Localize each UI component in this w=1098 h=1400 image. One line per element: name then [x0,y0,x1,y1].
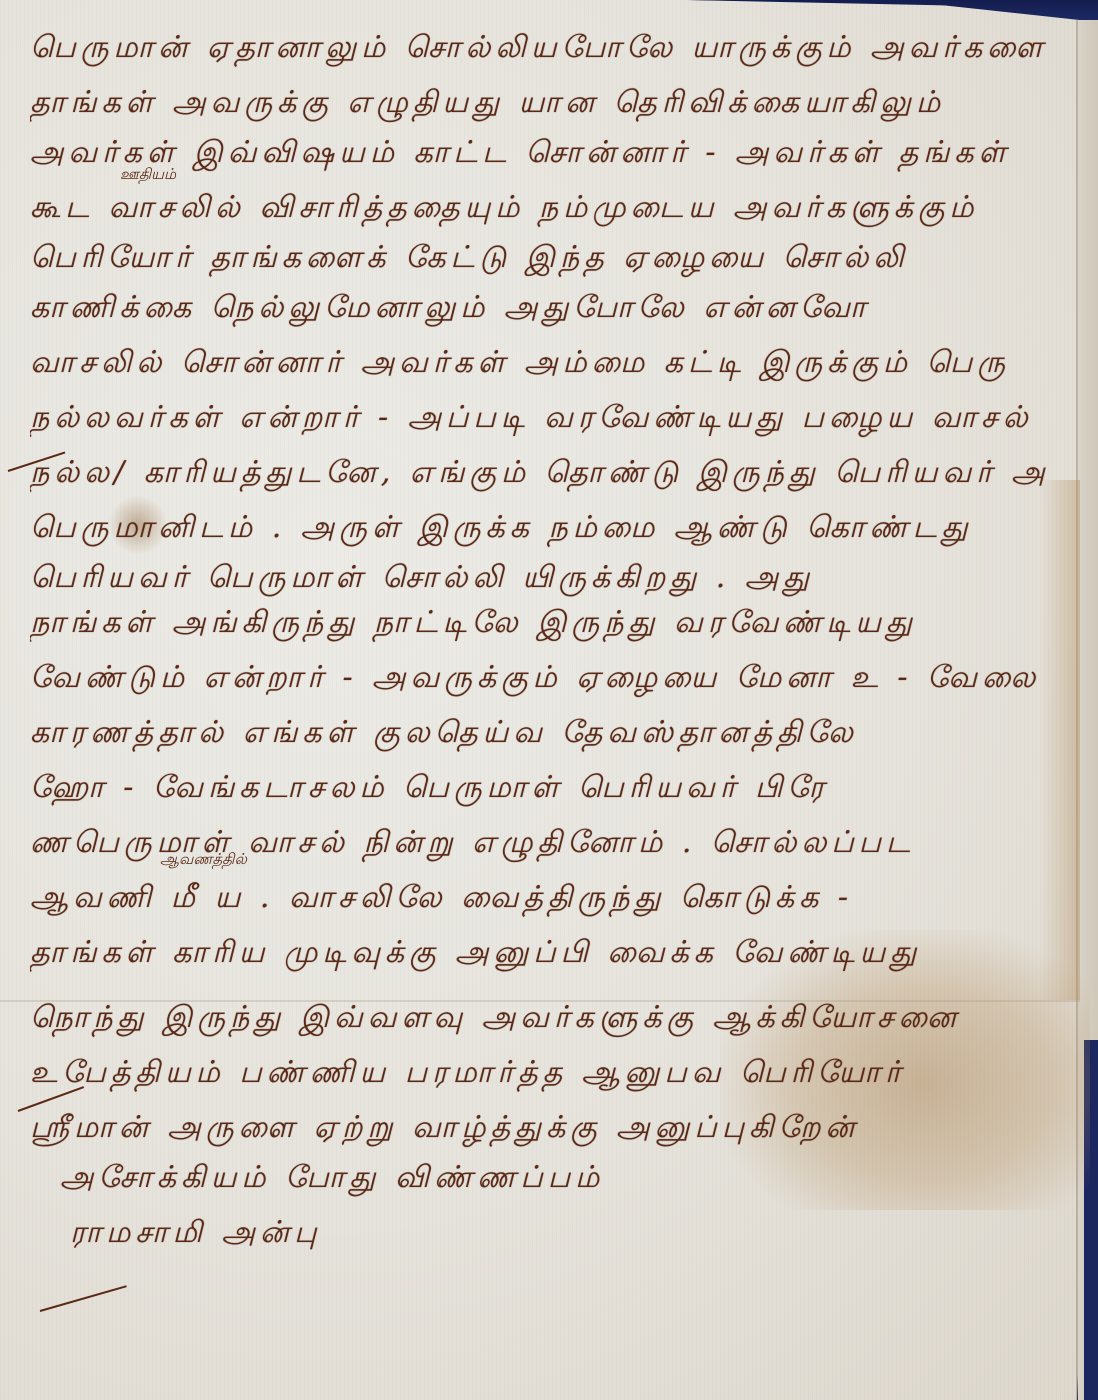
text-line-20: உபேத்தியம் பண்ணிய பரமார்த்த ஆனுபவ பெரியோ… [30,1055,1070,1094]
text-line-11: பெரியவர் பெருமாள் சொல்லி யிருக்கிறது . அ… [30,560,1070,599]
text-line-19: நொந்து இருந்து இவ்வளவு அவர்களுக்கு ஆக்கி… [30,1000,1070,1039]
text-line-10: பெருமானிடம் . அருள் இருக்க நம்மை ஆண்டு க… [30,510,1070,549]
text-line-5: பெரியோர் தாங்களைக் கேட்டு இந்த ஏழையை சொல… [30,240,1070,279]
text-line-1: பெருமான் ஏதானாலும் சொல்லியபோலே யாருக்கும… [30,30,1070,69]
text-line-18: தாங்கள் காரிய முடிவுக்கு அனுப்பி வைக்க வ… [30,935,1070,974]
text-line-14: காரணத்தால் எங்கள் குலதெய்வ தேவஸ்தானத்தில… [30,715,1070,754]
interlinear-gloss-1: ஊதியம் [120,165,176,185]
text-line-8: நல்லவர்கள் என்றார் - அப்படி வரவேண்டியது … [30,400,1070,439]
text-line-9: நல்ல/ காரியத்துடனே, எங்கும் தொண்டு இருந்… [30,455,1070,494]
signature-line: ராமசாமி அன்பு [70,1215,1098,1254]
text-line-4: கூட வாசலில் விசாரித்ததையும் நம்முடைய அவர… [30,190,1070,229]
text-line-2: தாங்கள் அவருக்கு எழுதியது யான தெரிவிக்கை… [30,85,1070,124]
text-line-22: அசோக்கியம் போது விண்ணப்பம் [60,1160,1098,1199]
text-line-17: ஆவணி மீ ய . வாசலிலே வைத்திருந்து கொடுக்க… [30,880,1070,919]
interlinear-gloss-2: ஆவணத்தில் [160,850,247,870]
text-line-6: காணிக்கை நெல்லுமேனாலும் அதுபோலே என்னவோ [30,290,1070,329]
text-line-21: ஸ்ரீமான் அருளை ஏற்று வாழ்த்துக்கு அனுப்ப… [30,1110,1070,1149]
text-line-7: வாசலில் சொன்னார் அவர்கள் அம்மை கட்டி இரு… [30,345,1070,384]
text-line-15: ஹோ - வேங்கடாசலம் பெருமாள் பெரியவர் பிரே [30,770,1070,809]
text-line-13: வேண்டும் என்றார் - அவருக்கும் ஏழையை மேனா… [30,660,1070,699]
text-line-12: நாங்கள் அங்கிருந்து நாட்டிலே இருந்து வரவ… [30,605,1070,644]
text-line-3: அவர்கள் இவ்விஷயம் காட்ட சொன்னார் - அவர்க… [30,135,1070,174]
